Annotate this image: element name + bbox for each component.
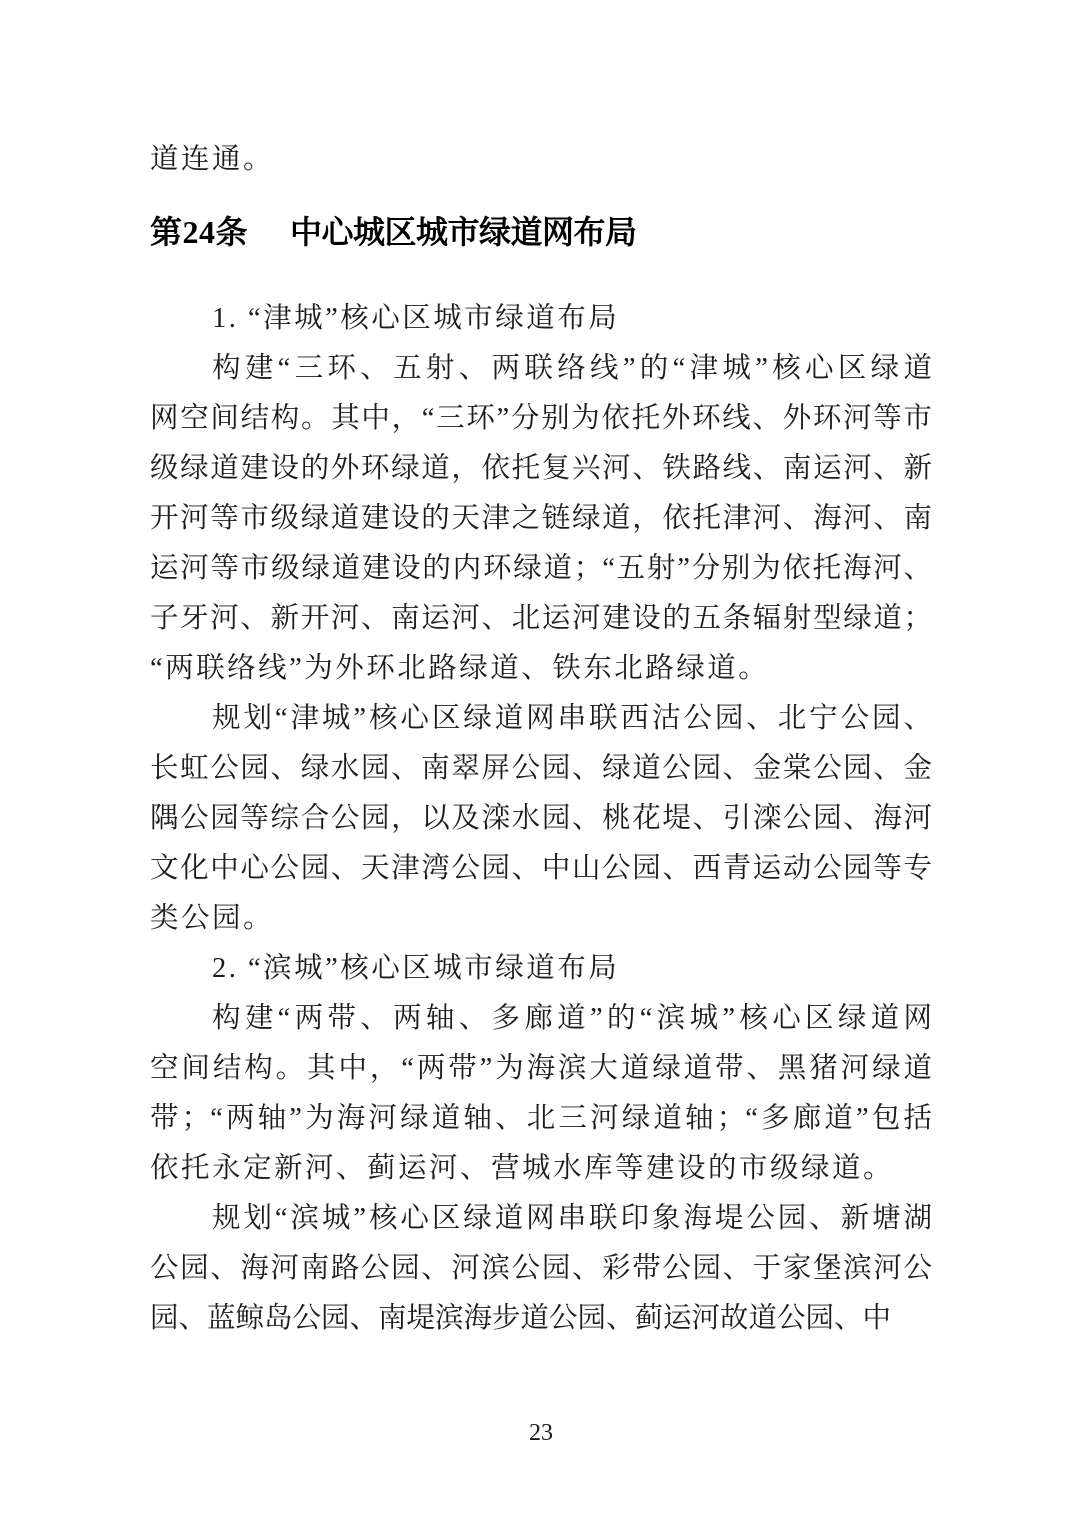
text-line: 带；“两轴”为海河绿道轴、北三河绿道轴；“多廊道”包括 — [150, 1094, 932, 1144]
text-line: 类公园。 — [150, 894, 932, 944]
text-line: 长虹公园、绿水园、南翠屏公园、绿道公园、金棠公园、金 — [150, 744, 932, 794]
paragraph-bincheng-structure: 构建“两带、两轴、多廊道”的“滨城”核心区绿道网 空间结构。其中，“两带”为海滨… — [150, 994, 932, 1194]
paragraph-item-1: 1. “津城”核心区城市绿道布局 — [150, 294, 932, 344]
page-number: 23 — [529, 1420, 553, 1446]
paragraph-jincheng-structure: 构建“三环、五射、两联络线”的“津城”核心区绿道 网空间结构。其中，“三环”分别… — [150, 344, 932, 694]
text-line: 依托永定新河、蓟运河、营城水库等建设的市级绿道。 — [150, 1144, 932, 1194]
text-line: 规划“津城”核心区绿道网串联西沽公园、北宁公园、 — [150, 694, 932, 744]
text-line: 2. “滨城”核心区城市绿道布局 — [150, 944, 932, 994]
text-line: 级绿道建设的外环绿道，依托复兴河、铁路线、南运河、新 — [150, 444, 932, 494]
document-page: 道连通。 第24条中心城区城市绿道网布局 1. “津城”核心区城市绿道布局 构建… — [0, 0, 1074, 1520]
text-line: 1. “津城”核心区城市绿道布局 — [150, 294, 932, 344]
text-line: 隅公园等综合公园，以及滦水园、桃花堤、引滦公园、海河 — [150, 794, 932, 844]
article-title: 中心城区城市绿道网布局 — [290, 214, 637, 250]
text-line: 规划“滨城”核心区绿道网串联印象海堤公园、新塘湖 — [150, 1194, 932, 1244]
text-line: 构建“两带、两轴、多廊道”的“滨城”核心区绿道网 — [150, 994, 932, 1044]
article-heading: 第24条中心城区城市绿道网布局 — [150, 204, 980, 260]
paragraph-item-2: 2. “滨城”核心区城市绿道布局 — [150, 944, 932, 994]
text-line: 构建“三环、五射、两联络线”的“津城”核心区绿道 — [150, 344, 932, 394]
text-line: “两联络线”为外环北路绿道、铁东北路绿道。 — [150, 644, 932, 694]
paragraph-jincheng-parks: 规划“津城”核心区绿道网串联西沽公园、北宁公园、 长虹公园、绿水园、南翠屏公园、… — [150, 694, 932, 944]
text-line: 子牙河、新开河、南运河、北运河建设的五条辐射型绿道； — [150, 594, 932, 644]
previous-paragraph-tail-line: 道连通。 — [150, 135, 932, 185]
page-footer: 23 — [150, 1416, 932, 1450]
text-line: 运河等市级绿道建设的内环绿道；“五射”分别为依托海河、 — [150, 544, 932, 594]
text-line: 园、蓝鲸岛公园、南堤滨海步道公园、蓟运河故道公园、中 — [150, 1294, 932, 1344]
text-line: 文化中心公园、天津湾公园、中山公园、西青运动公园等专 — [150, 844, 932, 894]
text-line: 公园、海河南路公园、河滨公园、彩带公园、于家堡滨河公 — [150, 1244, 932, 1294]
paragraph-bincheng-parks: 规划“滨城”核心区绿道网串联印象海堤公园、新塘湖 公园、海河南路公园、河滨公园、… — [150, 1194, 932, 1344]
article-number: 第24条 — [150, 214, 248, 250]
text-line: 空间结构。其中，“两带”为海滨大道绿道带、黑猪河绿道 — [150, 1044, 932, 1094]
text-line: 开河等市级绿道建设的天津之链绿道，依托津河、海河、南 — [150, 494, 932, 544]
text-line: 网空间结构。其中，“三环”分别为依托外环线、外环河等市 — [150, 394, 932, 444]
article-body: 1. “津城”核心区城市绿道布局 构建“三环、五射、两联络线”的“津城”核心区绿… — [150, 294, 932, 1344]
